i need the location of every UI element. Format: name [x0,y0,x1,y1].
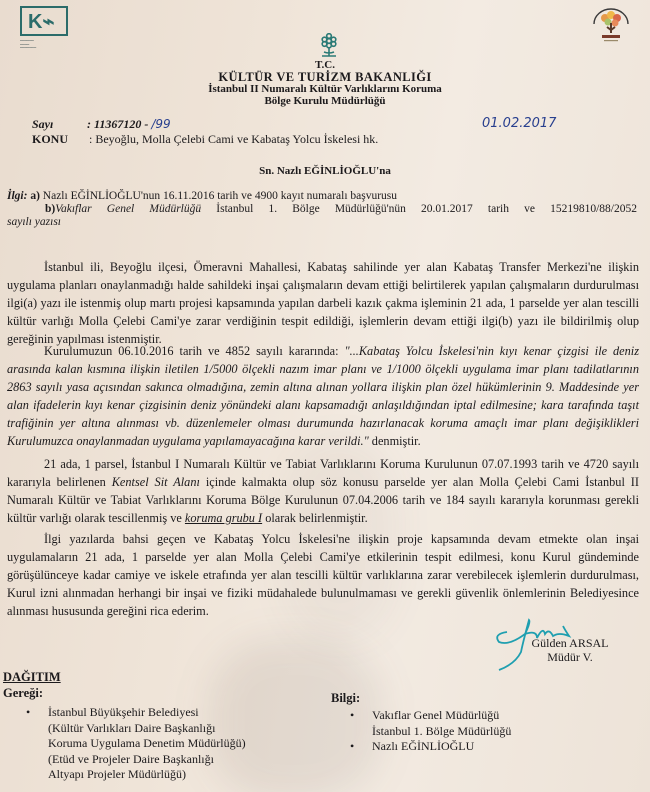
reference-b-cont: sayılı yazısı [7,216,637,229]
signatory: Gülden ARSAL Müdür V. [510,636,630,664]
reference-a: İlgi: a) Nazlı EĞİNLİOĞLU'nun 16.11.2016… [7,190,637,203]
list-item: Nazlı EĞİNLİOĞLU [346,739,511,755]
ilgi-label: İlgi: [7,190,27,202]
paragraph-1: İstanbul ili, Beyoğlu ilçesi, Ömeravni M… [7,258,639,348]
list-item-line: İstanbul Büyükşehir Belediyesi [48,705,246,721]
distribution-heading: DAĞITIM [3,670,61,685]
list-item-line: İstanbul 1. Bölge Müdürlüğü [372,724,511,740]
ref-b-cont-text: sayılı yazısı [7,216,61,228]
letterhead: T.C. KÜLTÜR VE TURİZM BAKANLIĞI İstanbul… [0,59,650,107]
list-item-line: Vakıflar Genel Müdürlüğü [372,708,511,724]
ref-a-label: a) [30,190,40,202]
list-item-line: (Kültür Varlıkları Daire Başkanlığı [48,721,246,737]
paragraph-2-intro: Kurulumuzun 06.10.2016 tarih ve 4852 say… [44,344,344,358]
km-logo-icon: K⌁ [20,6,68,36]
gereg-heading: Gereği: [3,686,43,701]
paragraph-4-text: İlgi yazılarda bahsi geçen ve Kabataş Yo… [7,532,639,618]
sayi-value: : 11367120 - [87,117,148,131]
ref-a-text: Nazlı EĞİNLİOĞLU'nun 16.11.2016 tarih ve… [43,190,397,202]
ministry-name: KÜLTÜR VE TURİZM BAKANLIĞI [0,71,650,83]
board-name-line2: Bölge Kurulu Müdürlüğü [0,95,650,107]
ref-b-label: b) [45,203,55,215]
paragraph-3-c: olarak belirlenmiştir. [262,511,368,525]
addressee: Sn. Nazlı EĞİNLİOĞLU'na [0,165,650,177]
gereg-list: İstanbul Büyükşehir Belediyesi (Kültür V… [22,705,246,783]
paragraph-3: 21 ada, 1 parsel, İstanbul I Numaralı Kü… [7,455,639,527]
konu-row: KONU: Beyoğlu, Molla Çelebi Cami ve Kaba… [32,132,378,147]
ministry-logo: K⌁ ▁▁▁▁▁▁▁▁▁▁▁▁▁▁▁▁▁ [20,6,70,50]
board-name-line1: İstanbul II Numaralı Kültür Varlıklarını… [0,83,650,95]
bilgi-heading: Bilgi: [331,691,360,706]
paragraph-3-italic: Kentsel Sit Alanı [112,475,200,489]
letter-meta: Sayı: 11367120 - /99 KONU: Beyoğlu, Moll… [32,117,378,147]
reference-b: b)Vakıflar Genel Müdürlüğü İstanbul 1. B… [7,203,637,216]
references: İlgi: a) Nazlı EĞİNLİOĞLU'nun 16.11.2016… [7,190,637,229]
list-item: Vakıflar Genel Müdürlüğü İstanbul 1. Böl… [346,708,511,739]
list-item-line: (Etüd ve Projeler Daire Başkanlığı [48,752,246,768]
paragraph-3-underline: koruma grubu I [185,511,262,525]
sayi-row: Sayı: 11367120 - /99 [32,117,378,132]
ref-b-text: İstanbul 1. Bölge Müdürlüğü'nün 20.01.20… [216,203,637,215]
list-item: İstanbul Büyükşehir Belediyesi (Kültür V… [22,705,246,783]
paragraph-2-quote: "...Kabataş Yolcu İskelesi'nin kıyı kena… [7,344,639,448]
ref-b-italic: Vakıflar Genel Müdürlüğü [55,203,201,215]
list-item-line: Koruma Uygulama Denetim Müdürlüğü) [48,736,246,752]
sayi-label: Sayı [32,117,87,132]
list-item-line: Altyapı Projeler Müdürlüğü) [48,767,246,783]
paragraph-4: İlgi yazılarda bahsi geçen ve Kabataş Yo… [7,530,639,620]
bilgi-list: Vakıflar Genel Müdürlüğü İstanbul 1. Böl… [346,708,511,755]
konu-label: KONU [32,132,89,147]
logo-caption: ▁▁▁▁▁▁▁▁▁▁▁▁▁▁▁▁▁ [20,38,70,49]
paragraph-1-text: İstanbul ili, Beyoğlu ilçesi, Ömeravni M… [7,260,639,346]
expo-tree-logo-icon [588,6,634,46]
list-item-line: Nazlı EĞİNLİOĞLU [372,739,511,755]
sayi-handwritten: /99 [151,117,170,131]
paragraph-2: Kurulumuzun 06.10.2016 tarih ve 4852 say… [7,342,639,450]
signatory-name: Gülden ARSAL [510,636,630,650]
paragraph-2-outro: denmiştir. [369,434,421,448]
konu-value: : Beyoğlu, Molla Çelebi Cami ve Kabataş … [89,132,378,146]
handwritten-date: 01.02.2017 [482,116,556,131]
tulip-emblem-icon [318,33,340,59]
signatory-title: Müdür V. [510,650,630,664]
